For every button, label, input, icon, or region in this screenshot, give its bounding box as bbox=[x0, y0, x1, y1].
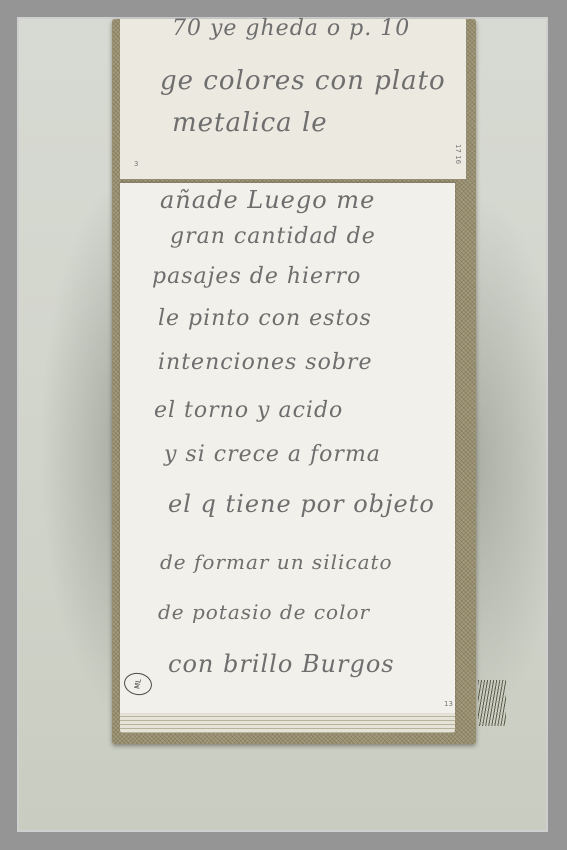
page-mark: 17 16 bbox=[454, 144, 462, 164]
handwriting-line: el q tiene por objeto bbox=[168, 490, 435, 518]
handwriting-line: le pinto con estos bbox=[158, 306, 372, 331]
handwriting-line: con brillo Burgos bbox=[168, 650, 395, 678]
handwriting-line: y si crece a forma bbox=[164, 442, 381, 467]
handwriting-line: ge colores con plato bbox=[160, 66, 446, 96]
handwriting-line: metalica le bbox=[172, 108, 328, 138]
handwriting-line: añade Luego me bbox=[160, 186, 375, 214]
page-mark: 3 bbox=[134, 160, 138, 168]
top-page bbox=[120, 19, 466, 179]
bookmark-ribbon-fringe bbox=[478, 680, 506, 726]
handwriting-line: gran cantidad de bbox=[170, 224, 376, 249]
handwriting-line: de potasio de color bbox=[158, 600, 370, 624]
handwriting-line: el torno y acido bbox=[154, 398, 343, 423]
page-mark: 13 bbox=[444, 700, 453, 708]
handwriting-line: intenciones sobre bbox=[158, 350, 372, 375]
handwriting-line: 70 ye gheda o p. 10 bbox=[172, 16, 410, 41]
handwriting-line: pasajes de hierro bbox=[152, 264, 361, 289]
handwriting-line: de formar un silicato bbox=[160, 550, 393, 574]
